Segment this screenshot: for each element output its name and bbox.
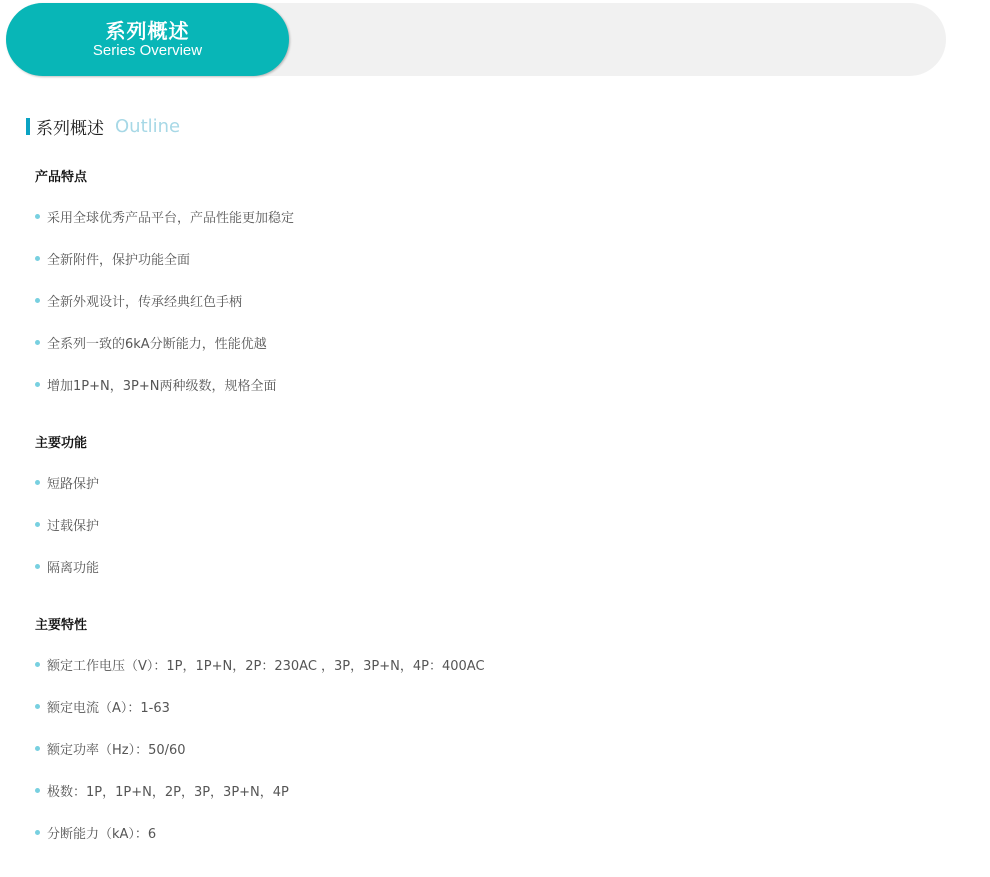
outline-title-en: Outline — [115, 116, 180, 137]
bullet-icon — [35, 522, 40, 527]
list-item-text: 极数：1P，1P+N，2P，3P，3P+N，4P — [47, 781, 289, 800]
list-item: 隔离功能 — [35, 557, 99, 576]
list-item-text: 全系列一致的6kA分断能力，性能优越 — [47, 333, 267, 352]
list-item: 增加1P+N，3P+N两种级数，规格全面 — [35, 375, 276, 394]
list-item-text: 全新附件，保护功能全面 — [47, 249, 190, 268]
header-banner: 系列概述 Series Overview — [6, 3, 946, 76]
list-item-text: 增加1P+N，3P+N两种级数，规格全面 — [47, 375, 276, 394]
list-item-text: 采用全球优秀产品平台，产品性能更加稳定 — [47, 207, 294, 226]
bullet-icon — [35, 298, 40, 303]
outline-title-cn: 系列概述 — [36, 114, 104, 139]
list-item-text: 额定电流（A）：1-63 — [47, 697, 170, 716]
list-item: 过载保护 — [35, 515, 99, 534]
bullet-icon — [35, 830, 40, 835]
list-item: 额定电流（A）：1-63 — [35, 697, 170, 716]
list-item-text: 全新外观设计，传承经典红色手柄 — [47, 291, 242, 310]
list-item: 额定工作电压（V）：1P，1P+N，2P：230AC ，3P，3P+N，4P：4… — [35, 655, 485, 674]
bullet-icon — [35, 256, 40, 261]
list-item: 极数：1P，1P+N，2P，3P，3P+N，4P — [35, 781, 289, 800]
bullet-icon — [35, 662, 40, 667]
bullet-icon — [35, 788, 40, 793]
list-item-text: 短路保护 — [47, 473, 99, 492]
banner-title-cn: 系列概述 — [106, 20, 190, 42]
bullet-icon — [35, 382, 40, 387]
list-item-text: 过载保护 — [47, 515, 99, 534]
list-item: 分断能力（kA）：6 — [35, 823, 156, 842]
bullet-icon — [35, 746, 40, 751]
bullet-icon — [35, 340, 40, 345]
bullet-icon — [35, 564, 40, 569]
list-item: 全新附件，保护功能全面 — [35, 249, 190, 268]
outline-heading: 系列概述 Outline — [26, 115, 180, 137]
section-title-functions: 主要功能 — [35, 432, 87, 451]
banner-title-pill: 系列概述 Series Overview — [6, 3, 289, 76]
bullet-icon — [35, 480, 40, 485]
bullet-icon — [35, 704, 40, 709]
list-item: 短路保护 — [35, 473, 99, 492]
list-item: 采用全球优秀产品平台，产品性能更加稳定 — [35, 207, 294, 226]
banner-title-en: Series Overview — [93, 42, 202, 59]
section-title-features: 产品特点 — [35, 166, 87, 185]
heading-accent-bar — [26, 118, 30, 135]
list-item-text: 额定工作电压（V）：1P，1P+N，2P：230AC ，3P，3P+N，4P：4… — [47, 655, 485, 674]
list-item: 全系列一致的6kA分断能力，性能优越 — [35, 333, 267, 352]
list-item: 全新外观设计，传承经典红色手柄 — [35, 291, 242, 310]
list-item-text: 分断能力（kA）：6 — [47, 823, 156, 842]
list-item-text: 隔离功能 — [47, 557, 99, 576]
list-item-text: 额定功率（Hz）：50/60 — [47, 739, 186, 758]
bullet-icon — [35, 214, 40, 219]
section-title-characteristics: 主要特性 — [35, 614, 87, 633]
list-item: 额定功率（Hz）：50/60 — [35, 739, 186, 758]
